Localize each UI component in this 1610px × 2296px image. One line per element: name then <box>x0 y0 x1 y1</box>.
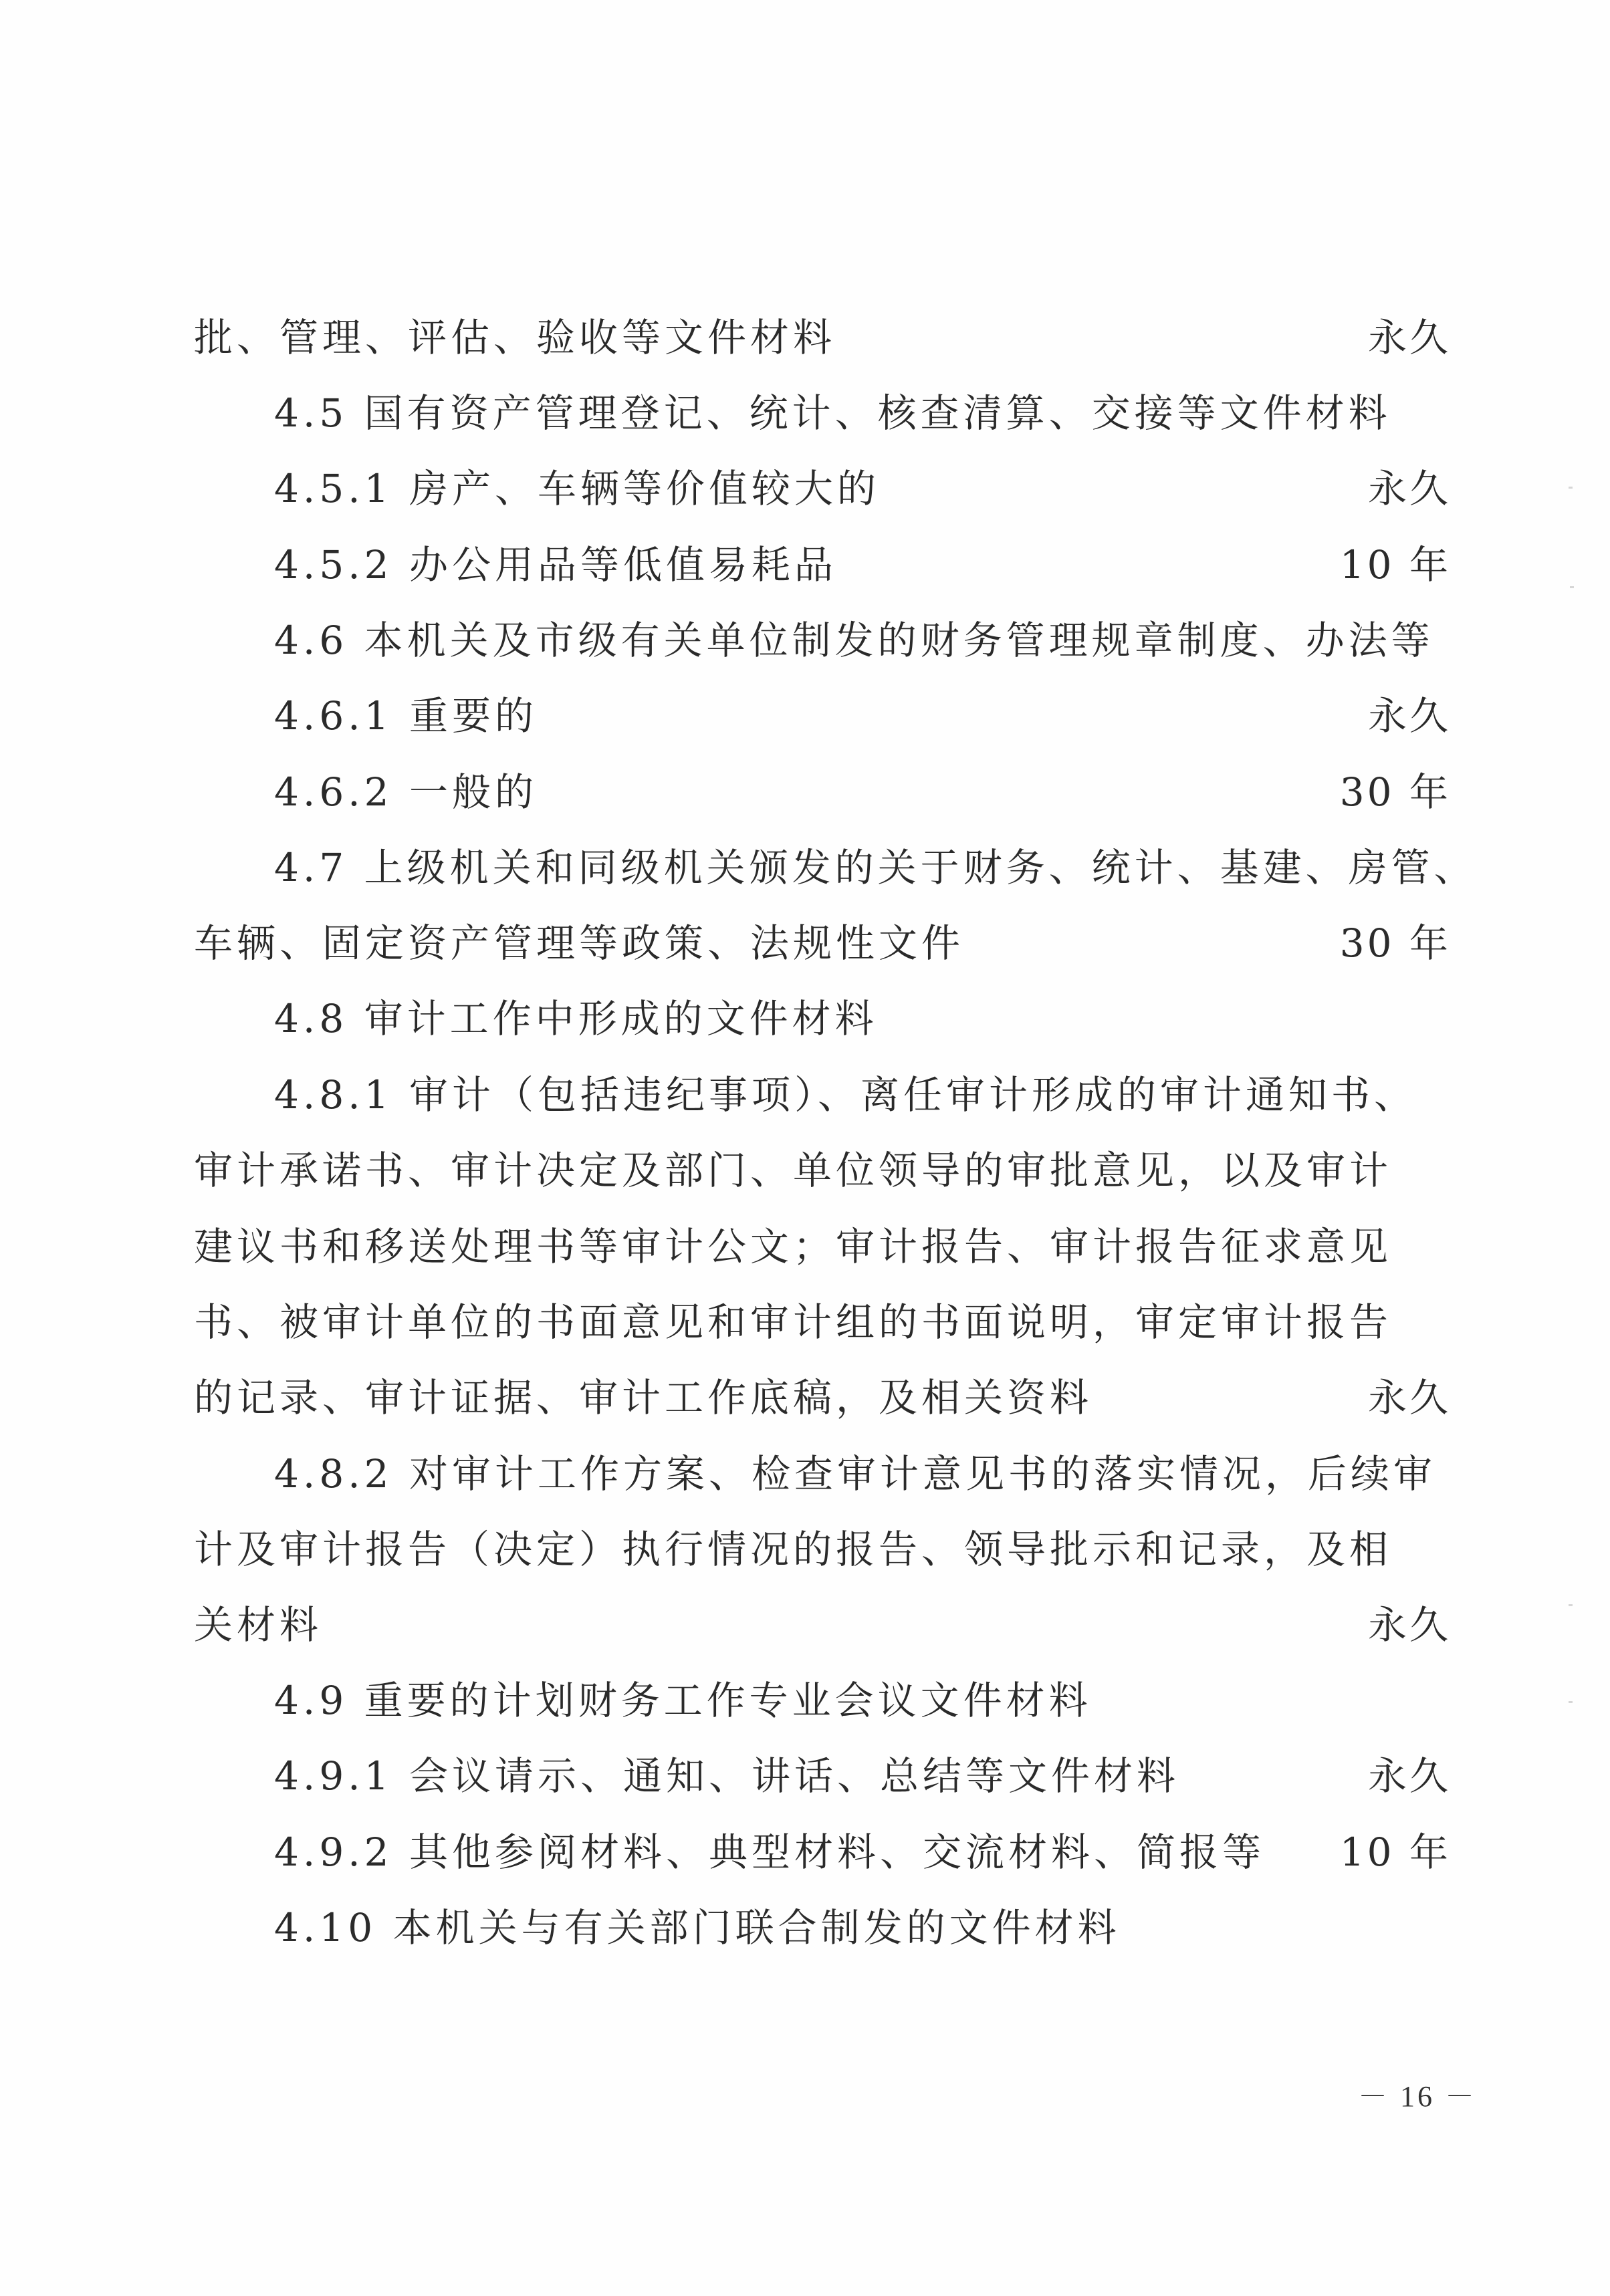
line-22: 4.10 本机关与有关部门联合制发的文件材料 <box>194 1886 1451 1962</box>
line-8: 4.7 上级机关和同级机关颁发的关于财务、统计、基建、房管、 <box>194 826 1451 902</box>
line-12: 审计承诺书、审计决定及部门、单位领导的审批意见，以及审计 <box>194 1129 1451 1204</box>
line-21: 4.9.2 其他参阅材料、典型材料、交流材料、简报等 10 年 <box>194 1811 1451 1886</box>
line-14: 书、被审计单位的书面意见和审计组的书面说明，审定审计报告 <box>194 1281 1451 1356</box>
line-7: 4.6.2 一般的 30 年 <box>194 751 1451 826</box>
line-18: 关材料 永久 <box>194 1583 1451 1659</box>
line-3: 4.5.1 房产、车辆等价值较大的 永久 <box>194 447 1451 523</box>
line-20: 4.9.1 会议请示、通知、讲话、总结等文件材料 永久 <box>194 1735 1451 1810</box>
line-17: 计及审计报告（决定）执行情况的报告、领导批示和记录，及相 <box>194 1508 1451 1583</box>
line-text: 车辆、固定资产管理等政策、法规性文件 <box>194 912 964 968</box>
line-text: 审计承诺书、审计决定及部门、单位领导的审批意见，以及审计 <box>194 1139 1392 1195</box>
line-text: 4.8.1 审计（包括违纪事项）、离任审计形成的审计通知书、 <box>194 1063 1417 1120</box>
document-page: 批、管理、评估、验收等文件材料 永久 4.5 国有资产管理登记、统计、核查清算、… <box>0 0 1610 2296</box>
line-text: 4.9.2 其他参阅材料、典型材料、交流材料、简报等 <box>194 1821 1265 1877</box>
line-text: 关材料 <box>194 1593 322 1650</box>
margin-scan-mark <box>1569 487 1573 489</box>
line-text: 书、被审计单位的书面意见和审计组的书面说明，审定审计报告 <box>194 1291 1392 1347</box>
line-text: 4.5.1 房产、车辆等价值较大的 <box>194 457 880 513</box>
line-19: 4.9 重要的计划财务工作专业会议文件材料 <box>194 1659 1451 1735</box>
line-text: 4.5 国有资产管理登记、统计、核查清算、交接等文件材料 <box>194 382 1391 438</box>
line-text: 计及审计报告（决定）执行情况的报告、领导批示和记录，及相 <box>194 1518 1392 1574</box>
retention-period: 30 年 <box>1340 912 1451 968</box>
retention-period: 10 年 <box>1340 1821 1451 1877</box>
margin-scan-mark <box>1570 586 1574 588</box>
page-number: － 16 － <box>1357 2072 1478 2115</box>
line-text: 4.9.1 会议请示、通知、讲话、总结等文件材料 <box>194 1745 1179 1801</box>
retention-period: 30 年 <box>1340 761 1451 817</box>
line-text: 建议书和移送处理书等审计公文；审计报告、审计报告征求意见 <box>194 1215 1392 1271</box>
margin-scan-mark <box>1569 1604 1573 1606</box>
retention-period: 10 年 <box>1340 533 1451 590</box>
line-text: 4.6.1 重要的 <box>194 684 538 741</box>
line-11: 4.8.1 审计（包括违纪事项）、离任审计形成的审计通知书、 <box>194 1053 1451 1129</box>
line-text: 4.6 本机关及市级有关单位制发的财务管理规章制度、办法等 <box>194 609 1434 665</box>
line-text: 4.7 上级机关和同级机关颁发的关于财务、统计、基建、房管、 <box>194 836 1477 892</box>
line-text: 4.9 重要的计划财务工作专业会议文件材料 <box>194 1669 1092 1725</box>
line-13: 建议书和移送处理书等审计公文；审计报告、审计报告征求意见 <box>194 1205 1451 1281</box>
line-9: 车辆、固定资产管理等政策、法规性文件 30 年 <box>194 902 1451 977</box>
line-text: 4.8 审计工作中形成的文件材料 <box>194 987 878 1043</box>
line-5: 4.6 本机关及市级有关单位制发的财务管理规章制度、办法等 <box>194 599 1451 674</box>
line-text: 批、管理、评估、验收等文件材料 <box>194 306 836 362</box>
retention-period: 永久 <box>1368 684 1451 741</box>
margin-scan-mark <box>1569 1701 1573 1703</box>
line-text: 4.10 本机关与有关部门联合制发的文件材料 <box>194 1896 1121 1952</box>
line-text: 的记录、审计证据、审计工作底稿，及相关资料 <box>194 1366 1092 1422</box>
line-text: 4.5.2 办公用品等低值易耗品 <box>194 533 837 590</box>
line-text: 4.8.2 对审计工作方案、检查审计意见书的落实情况，后续审 <box>194 1442 1436 1499</box>
retention-period: 永久 <box>1368 306 1451 362</box>
line-10: 4.8 审计工作中形成的文件材料 <box>194 977 1451 1053</box>
retention-period: 永久 <box>1368 1593 1451 1650</box>
retention-period: 永久 <box>1368 457 1451 513</box>
line-4: 4.5.2 办公用品等低值易耗品 10 年 <box>194 523 1451 599</box>
line-15: 的记录、审计证据、审计工作底稿，及相关资料 永久 <box>194 1356 1451 1432</box>
line-6: 4.6.1 重要的 永久 <box>194 674 1451 750</box>
retention-period: 永久 <box>1368 1745 1451 1801</box>
line-1: 批、管理、评估、验收等文件材料 永久 <box>194 296 1451 372</box>
line-2: 4.5 国有资产管理登记、统计、核查清算、交接等文件材料 <box>194 372 1451 447</box>
line-text: 4.6.2 一般的 <box>194 761 538 817</box>
retention-period: 永久 <box>1368 1366 1451 1422</box>
line-16: 4.8.2 对审计工作方案、检查审计意见书的落实情况，后续审 <box>194 1432 1451 1508</box>
